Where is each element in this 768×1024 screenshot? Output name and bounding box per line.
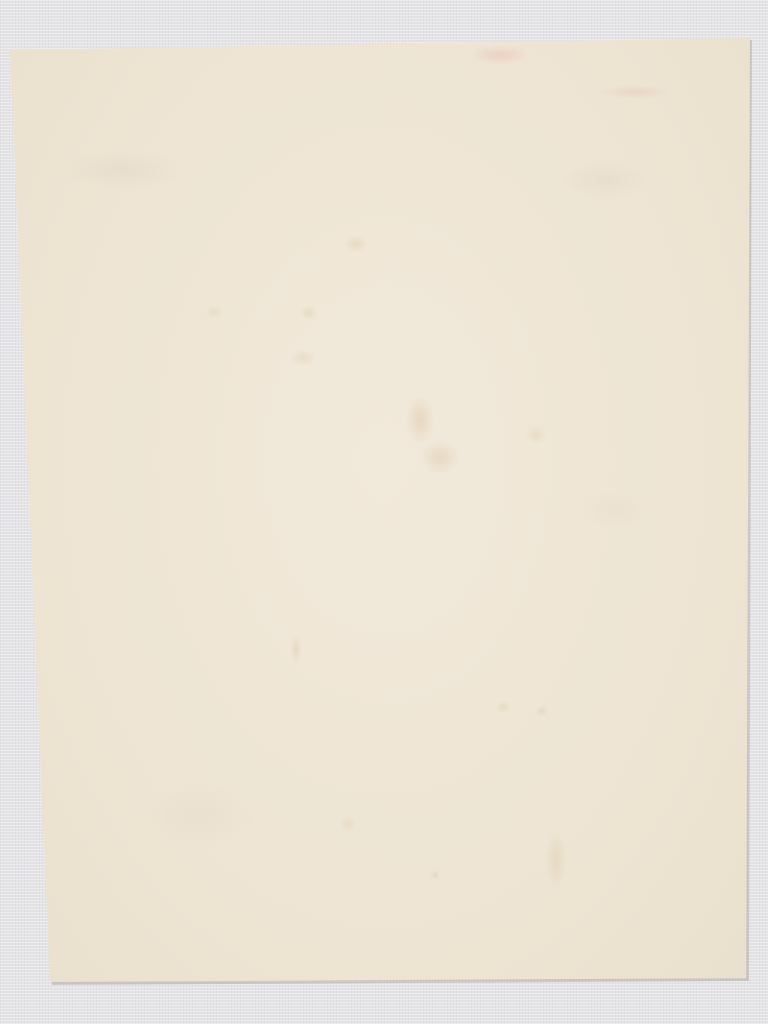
blank-paper-sheet — [0, 0, 768, 1024]
photo-scene — [0, 0, 768, 1024]
